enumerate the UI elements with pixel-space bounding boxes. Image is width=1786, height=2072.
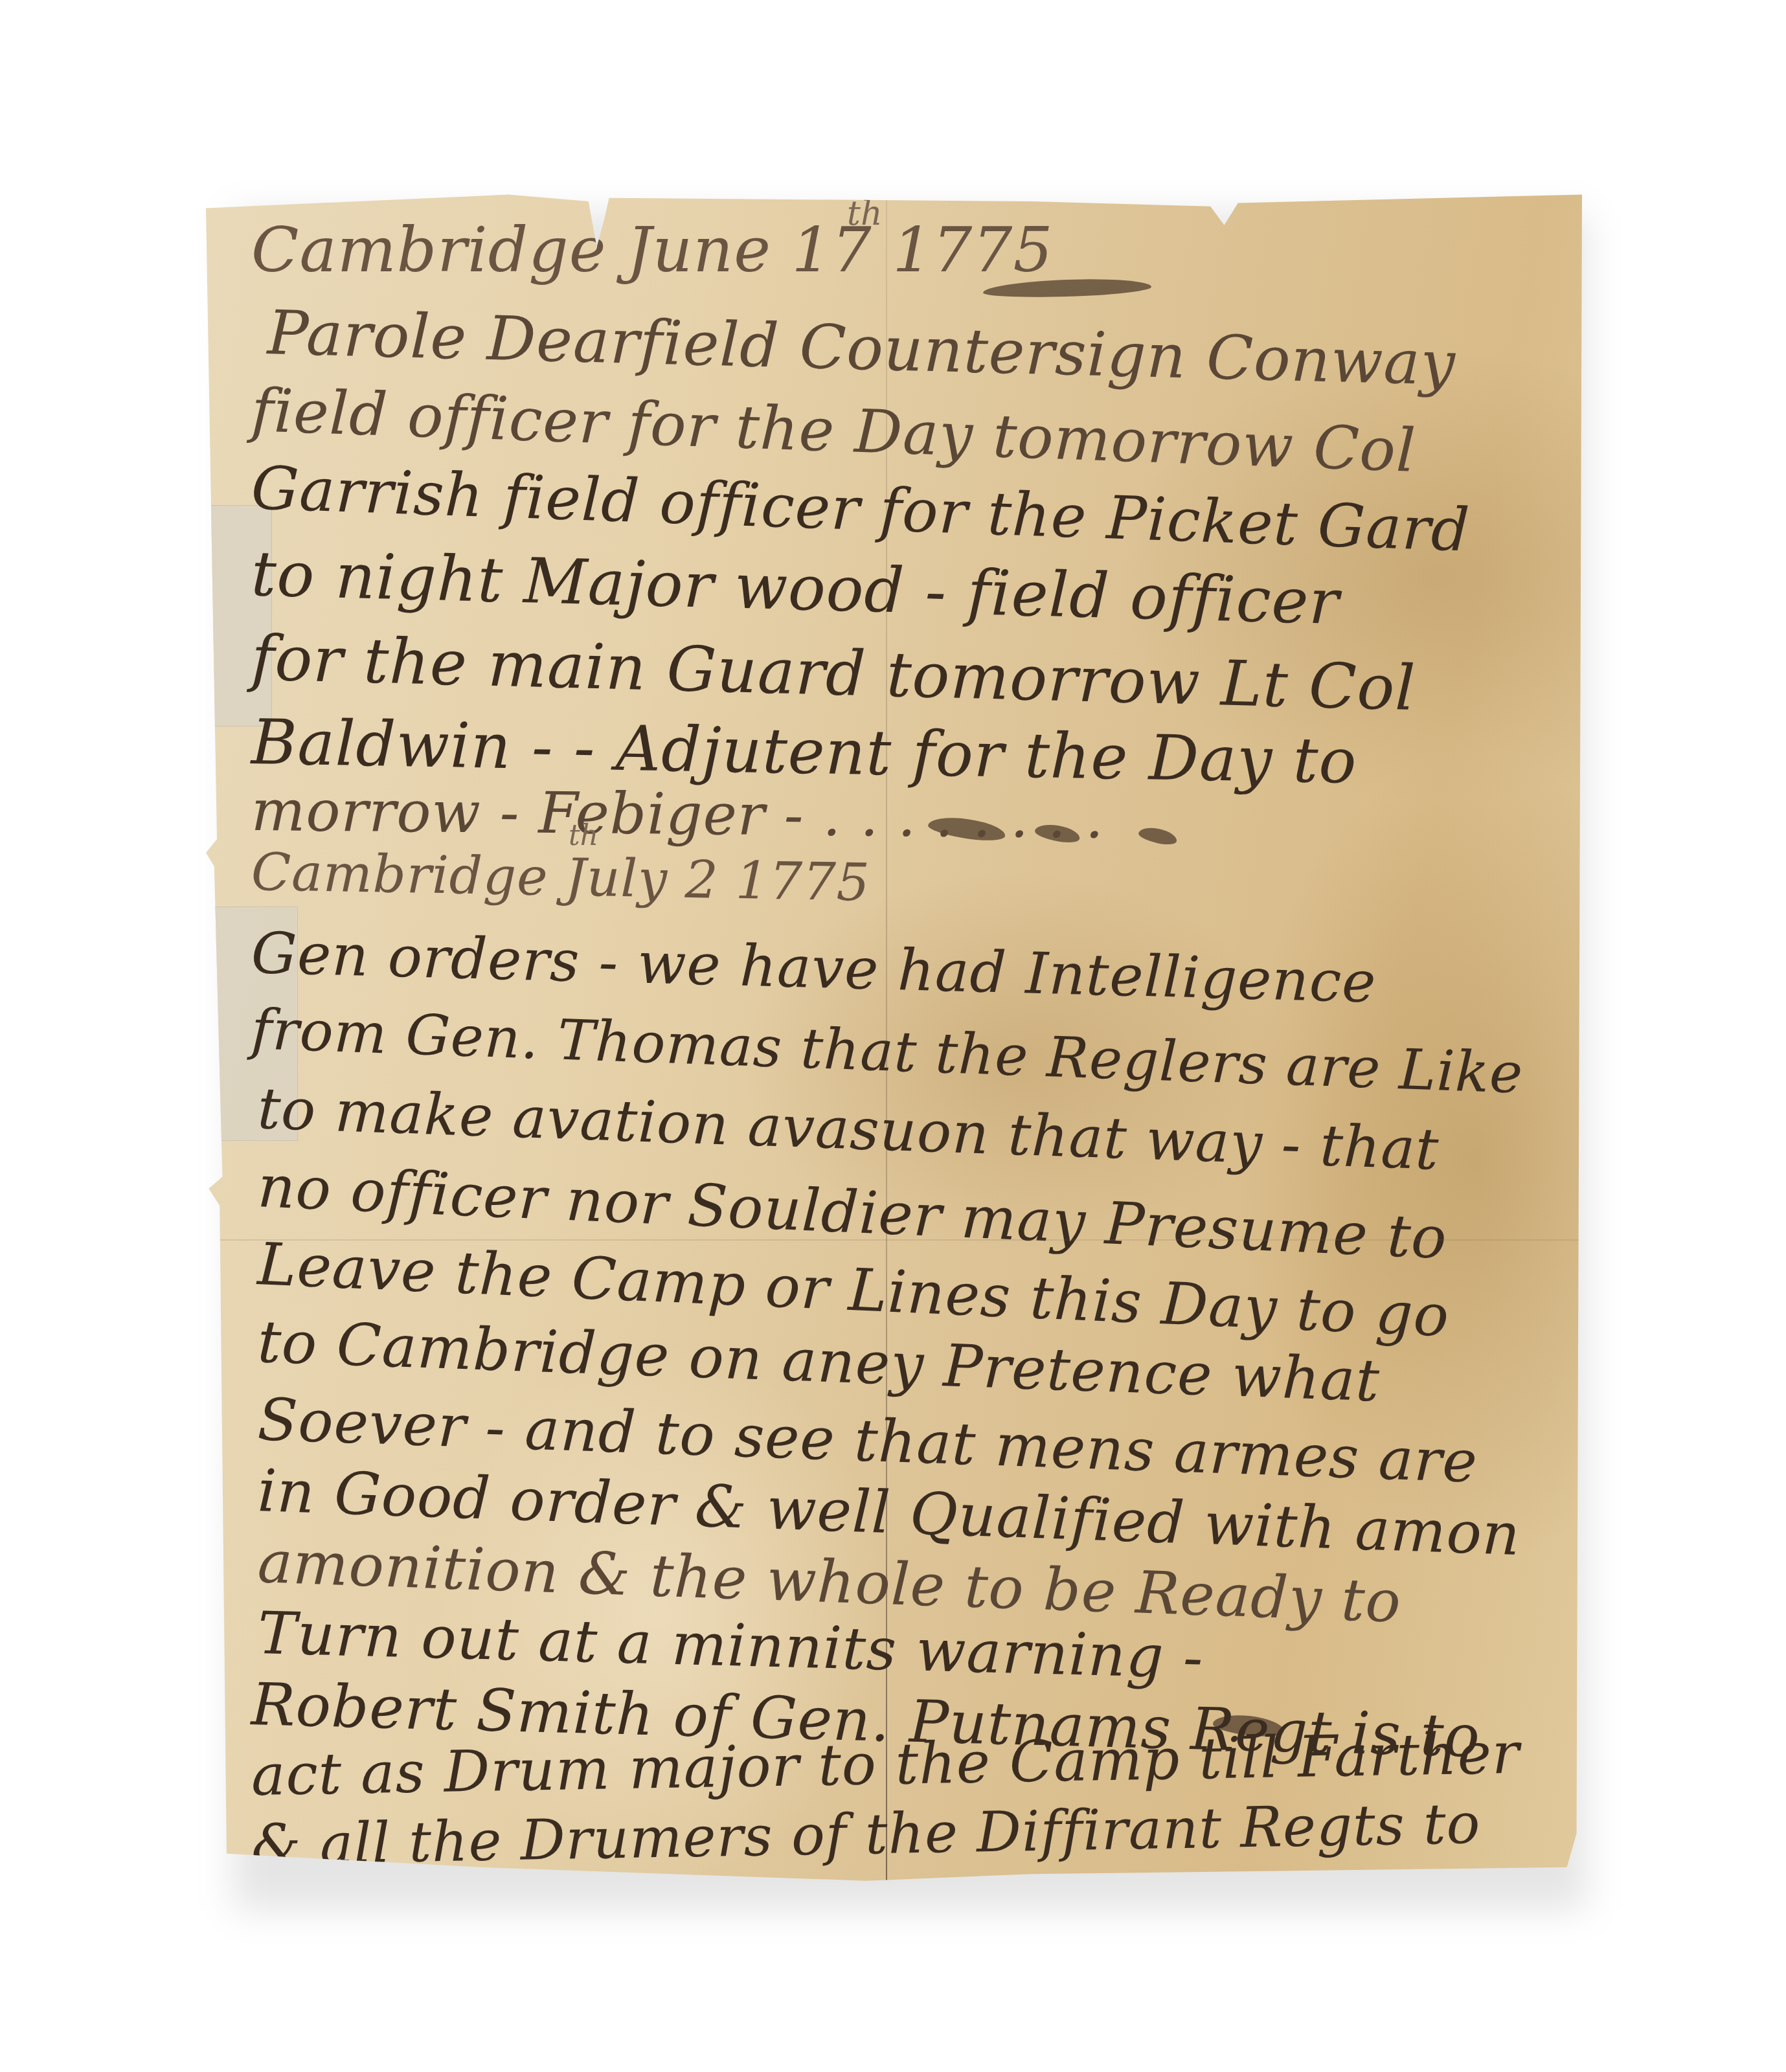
entry-2-year: 1775 xyxy=(735,850,870,913)
entry-1-date-superscript: th xyxy=(847,194,882,233)
entry-1-year: 1775 xyxy=(892,214,1053,286)
manuscript-text: Cambridge June 17 1775 th Parole Dearfie… xyxy=(206,188,1582,1884)
entry-2-heading: Cambridge July 2 1775 xyxy=(251,842,870,913)
entry-2-date-superscript: th xyxy=(569,819,598,852)
entry-2-place: Cambridge xyxy=(251,842,548,907)
entry-1-heading: Cambridge June 17 1775 xyxy=(251,214,1053,286)
entry-1-line: morrow - Febiger - . . . . . . . . xyxy=(251,777,1105,851)
entry-2-date: July 2 xyxy=(565,847,719,910)
manuscript-leaf: Cambridge June 17 1775 th Parole Dearfie… xyxy=(206,188,1582,1884)
entry-1-place: Cambridge xyxy=(251,214,606,286)
entry-2-line: Gen orders - we have had Intelligence xyxy=(251,919,1377,1015)
entry-1-date: June 17 xyxy=(627,214,872,286)
